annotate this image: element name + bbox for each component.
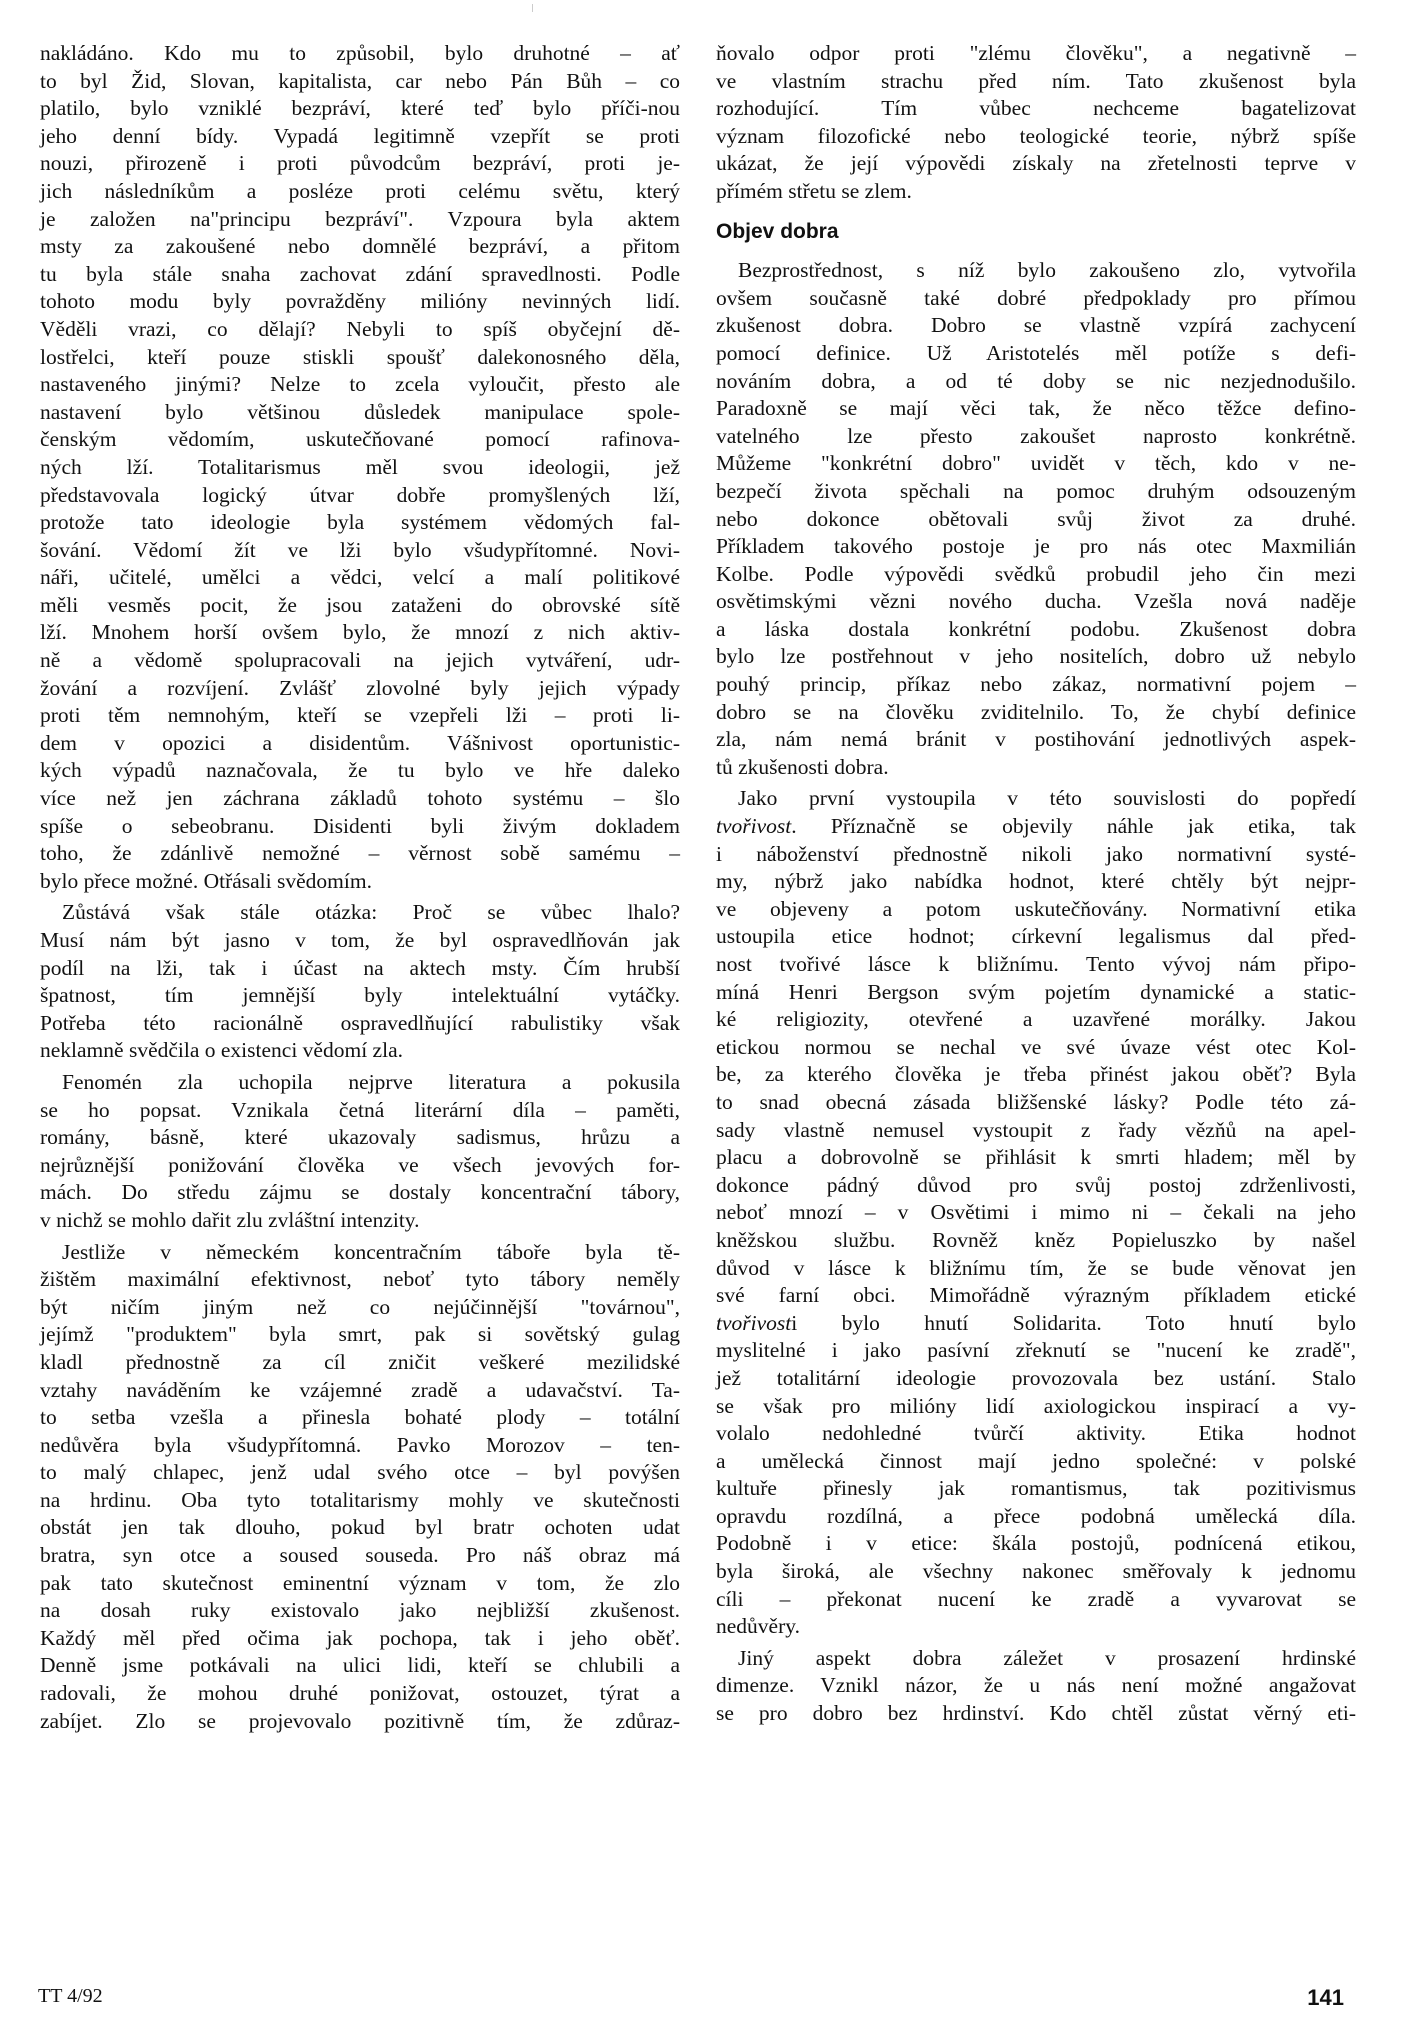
text-line: tohoto modu byly povražděny milióny nevi… [40, 288, 680, 316]
text-line: pomocí definice. Už Aristotelés měl potí… [716, 340, 1356, 368]
text-line: Podobně i v etice: škála postojů, podníc… [716, 1530, 1356, 1558]
text-line: nouzi, přirozeně i proti původcům bezprá… [40, 150, 680, 178]
text-line: mách. Do středu zájmu se dostaly koncent… [40, 1179, 680, 1207]
text-line: podíl na lži, tak i účast na aktech msty… [40, 955, 680, 983]
section-heading: Objev dobra [716, 218, 1356, 246]
text-line: Můžeme "konkrétní dobro" uvidět v těch, … [716, 450, 1356, 478]
text-line: jeho denní bídy. Vypadá legitimně vzepří… [40, 123, 680, 151]
text-line: ve vlastním strachu před ním. Tato zkuše… [716, 68, 1356, 96]
text-line: msty za zakoušené nebo domnělé bezpráví,… [40, 233, 680, 261]
text-line: a umělecká činnost mají jedno společné: … [716, 1448, 1356, 1476]
text-line: tu byla stále snaha zachovat zdání sprav… [40, 261, 680, 289]
text-line: ké religiozity, otevřené a uzavřené morá… [716, 1006, 1356, 1034]
text-line: volalo nedohledné tvůrčí aktivity. Etika… [716, 1420, 1356, 1448]
text-line: proti těm nemnohým, kteří se vzepřeli lž… [40, 702, 680, 730]
text-line: žištěm maximální efektivnost, neboť tyto… [40, 1266, 680, 1294]
right-column: ňovalo odpor proti "zlému člověku", a ne… [716, 40, 1356, 1728]
text-line: kněžskou službu. Rovněž kněz Popieluszko… [716, 1227, 1356, 1255]
text-line: přímém střetu se zlem. [716, 178, 1356, 206]
text-line: bratra, syn otce a soused souseda. Pro n… [40, 1542, 680, 1570]
text-line: Jiný aspekt dobra záležet v prosazení hr… [716, 1645, 1356, 1673]
text-line: ve objeveny a potom uskutečňovány. Norma… [716, 896, 1356, 924]
text-line: kladl přednostně za cíl zničit veškeré m… [40, 1349, 680, 1377]
text-line: ně a vědomě spolupracovali na jejich vyt… [40, 647, 680, 675]
text-line: Bezprostřednost, s níž bylo zakoušeno zl… [716, 257, 1356, 285]
text-line: Fenomén zla uchopila nejprve literatura … [40, 1069, 680, 1097]
text-line: nebo dokonce obětovali svůj život za dru… [716, 506, 1356, 534]
text-line: to byl Žid, Slovan, kapitalista, car neb… [40, 68, 680, 96]
text-line: Jestliže v německém koncentračním táboře… [40, 1239, 680, 1267]
text-line: ukázat, že její výpovědi získaly na zřet… [716, 150, 1356, 178]
text-line: jež totalitární ideologie provozovala be… [716, 1365, 1356, 1393]
text-line: se ho popsat. Vznikala četná literární d… [40, 1097, 680, 1125]
text-line: opravdu rozdílná, a přece podobná umělec… [716, 1503, 1356, 1531]
emphasis: tvořivost [716, 1311, 791, 1335]
text-line: nováním dobra, a od té doby se nic nezje… [716, 368, 1356, 396]
text-line: cíli – překonat nucení ke zradě a vyvaro… [716, 1586, 1356, 1614]
text-line: bylo přece možné. Otřásali svědomím. [40, 868, 680, 896]
text-line: protože tato ideologie byla systémem věd… [40, 509, 680, 537]
paragraph: Jestliže v německém koncentračním táboře… [40, 1239, 680, 1736]
paragraph: Jiný aspekt dobra záležet v prosazení hr… [716, 1645, 1356, 1728]
text-line: ovšem současně také dobré předpoklady pr… [716, 285, 1356, 313]
text-line: Věděli vrazi, co dělají? Nebyli to spíš … [40, 316, 680, 344]
text-line: kultuře přinesly jak romantismus, tak po… [716, 1475, 1356, 1503]
text-line: romány, básně, které ukazovaly sadismus,… [40, 1124, 680, 1152]
text-line: dem v opozici a disidentům. Vášnivost op… [40, 730, 680, 758]
text-line: rozhodující. Tím vůbec nechceme bagateli… [716, 95, 1356, 123]
text-line: Kolbe. Podle výpovědi svědků probudil je… [716, 561, 1356, 589]
text-line: význam filozofické nebo teologické teori… [716, 123, 1356, 151]
text-line: špatnost, tím jemnější byly intelektuáln… [40, 982, 680, 1010]
text-line: dobro se na člověku zviditelnilo. To, že… [716, 699, 1356, 727]
text-line: bezpečí života spěchali na pomoc druhým … [716, 478, 1356, 506]
text-line: etickou normou se nechal ve své úvaze vé… [716, 1034, 1356, 1062]
text-line: žování a rozvíjení. Zvlášť zlovolné byly… [40, 675, 680, 703]
text-line: be, za kterého člověka je třeba přinést … [716, 1061, 1356, 1089]
text-line: nedůvěry. [716, 1613, 1356, 1641]
text-line: představovala logický útvar dobře promyš… [40, 482, 680, 510]
text-line: čenským vědomím, uskutečňované pomocí ra… [40, 426, 680, 454]
text-line: radovali, že mohou druhé ponižovat, osto… [40, 1680, 680, 1708]
paragraph: Jako první vystoupila v této souvislosti… [716, 785, 1356, 1640]
paragraph: Zůstává však stále otázka: Proč se vůbec… [40, 899, 680, 1065]
text-line: vatelného lze přesto zakoušet naprosto k… [716, 423, 1356, 451]
text-line: my, nýbrž jako nabídka hodnot, které cht… [716, 868, 1356, 896]
text-line: bylo lze postřehnout v jeho nositelích, … [716, 643, 1356, 671]
text-line: míná Henri Bergson svým pojetím dynamick… [716, 979, 1356, 1007]
text-line: byla široká, ale všechny nakonec směřova… [716, 1558, 1356, 1586]
text-line: nakládáno. Kdo mu to způsobil, bylo druh… [40, 40, 680, 68]
text-line: sady vlastně nemusel vystoupit z řady vě… [716, 1117, 1356, 1145]
text-line: lostřelci, kteří pouze stiskli spoušť da… [40, 344, 680, 372]
journal-issue: TT 4/92 [38, 1985, 103, 2008]
text-line: Paradoxně se mají věci tak, že něco těžc… [716, 395, 1356, 423]
text-line: jich následníkům a posléze proti celému … [40, 178, 680, 206]
text-line: to snad obecná zásada bližšenské lásky? … [716, 1089, 1356, 1117]
text-line: nost tvořivé lásce k bližnímu. Tento výv… [716, 951, 1356, 979]
text-line: pak tato skutečnost eminentní význam v t… [40, 1570, 680, 1598]
text-line: Potřeba této racionálně ospravedlňující … [40, 1010, 680, 1038]
text-line: měli vesměs pocit, že jsou zataženi do o… [40, 592, 680, 620]
text-line: myslitelné i jako pasívní zřeknutí se "n… [716, 1337, 1356, 1365]
text-line: spíše o sebeobranu. Disidenti byli živým… [40, 813, 680, 841]
text-line: více než jen záchrana základů tohoto sys… [40, 785, 680, 813]
text-line: ustoupila etice hodnot; církevní legalis… [716, 923, 1356, 951]
text-line: neboť mnozí – v Osvětimi i mimo ni – ček… [716, 1199, 1356, 1227]
text-line: to malý chlapec, jenž udal svého otce – … [40, 1459, 680, 1487]
text-line: být ničím jiným než co nejúčinnější "tov… [40, 1294, 680, 1322]
text-line: tů zkušenosti dobra. [716, 754, 1356, 782]
text-line: dimenze. Vznikl názor, že u nás není mož… [716, 1672, 1356, 1700]
text-line: Příkladem takového postoje je pro nás ot… [716, 533, 1356, 561]
text-line: šování. Vědomí žít ve lži bylo všudypřít… [40, 537, 680, 565]
text-line: ných lží. Totalitarismus měl svou ideolo… [40, 454, 680, 482]
text-line: zla, nám nemá bránit v postihování jedno… [716, 726, 1356, 754]
text-line: kých výpadů naznačovala, že tu bylo ve h… [40, 757, 680, 785]
text-line: pouhý princip, příkaz nebo zákaz, normat… [716, 671, 1356, 699]
text-line: ňovalo odpor proti "zlému člověku", a ne… [716, 40, 1356, 68]
text-line: Zůstává však stále otázka: Proč se vůbec… [40, 899, 680, 927]
paragraph: Bezprostřednost, s níž bylo zakoušeno zl… [716, 257, 1356, 781]
text-line: a láska dostala konkrétní podobu. Zkušen… [716, 616, 1356, 644]
text-line: na dosah ruky existovalo jako nejbližší … [40, 1597, 680, 1625]
text-line: jejímž "produktem" byla smrt, pak si sov… [40, 1321, 680, 1349]
text-line: je založen na"principu bezpráví". Vzpour… [40, 206, 680, 234]
text-line: tvořivost. Příznačně se objevily náhle j… [716, 813, 1356, 841]
text-line: vztahy naváděním ke vzájemné zradě a uda… [40, 1377, 680, 1405]
text-line: tvořivosti bylo hnutí Solidarita. Toto h… [716, 1310, 1356, 1338]
text-line: obstát jen tak dlouho, pokud byl bratr o… [40, 1514, 680, 1542]
text-line: i náboženství přednostně nikoli jako nor… [716, 841, 1356, 869]
text-line: na hrdinu. Oba tyto totalitarismy mohly … [40, 1487, 680, 1515]
text-line: placu a dobrovolně se přihlásit k smrti … [716, 1144, 1356, 1172]
text-line: to setba vzešla a přinesla bohaté plody … [40, 1404, 680, 1432]
text-line: v nichž se mohlo dařit zlu zvláštní inte… [40, 1207, 680, 1235]
text-line: se však pro milióny lidí axiologickou in… [716, 1393, 1356, 1421]
text-line: Denně jsme potkávali na ulici lidi, kteř… [40, 1652, 680, 1680]
text-line: své farní obci. Mimořádně výrazným příkl… [716, 1282, 1356, 1310]
text-line: důvod v lásce k bližnímu tím, že se bude… [716, 1255, 1356, 1283]
paragraph: ňovalo odpor proti "zlému člověku", a ne… [716, 40, 1356, 206]
text-line: zkušenost dobra. Dobro se vlastně vzpírá… [716, 312, 1356, 340]
text-line: neklamně svědčila o existenci vědomí zla… [40, 1037, 680, 1065]
text-line: zabíjet. Zlo se projevovalo pozitivně tí… [40, 1708, 680, 1736]
text-line: Jako první vystoupila v této souvislosti… [716, 785, 1356, 813]
text-line: dokonce pádný důvod pro svůj postoj zdrž… [716, 1172, 1356, 1200]
left-column: nakládáno. Kdo mu to způsobil, bylo druh… [40, 40, 680, 1735]
text-line: Musí nám být jasno v tom, že byl osprave… [40, 927, 680, 955]
text-line: nejrůznější ponižování člověka ve všech … [40, 1152, 680, 1180]
text-line: nastavení bylo většinou důsledek manipul… [40, 399, 680, 427]
text-line: osvětimskými vězni nového ducha. Vzešla … [716, 588, 1356, 616]
text-line: nedůvěra byla všudypřítomná. Pavko Moroz… [40, 1432, 680, 1460]
text-line: toho, že zdánlivě nemožné – věrnost sobě… [40, 840, 680, 868]
page-number: 141 [1307, 1985, 1344, 2011]
paragraph: Fenomén zla uchopila nejprve literatura … [40, 1069, 680, 1235]
text-line: platilo, bylo vzniklé bezpráví, které te… [40, 95, 680, 123]
emphasis: tvořivost [716, 814, 791, 838]
scan-speck [532, 4, 533, 12]
paragraph: nakládáno. Kdo mu to způsobil, bylo druh… [40, 40, 680, 895]
text-line: nastaveného jinými? Nelze to zcela vylou… [40, 371, 680, 399]
text-line: lží. Mnohem horší ovšem bylo, že mnozí z… [40, 619, 680, 647]
text-line: se pro dobro bez hrdinství. Kdo chtěl zů… [716, 1700, 1356, 1728]
text-line: Každý měl před očima jak pochopa, tak i … [40, 1625, 680, 1653]
text-line: náři, učitelé, umělci a vědci, velcí a m… [40, 564, 680, 592]
